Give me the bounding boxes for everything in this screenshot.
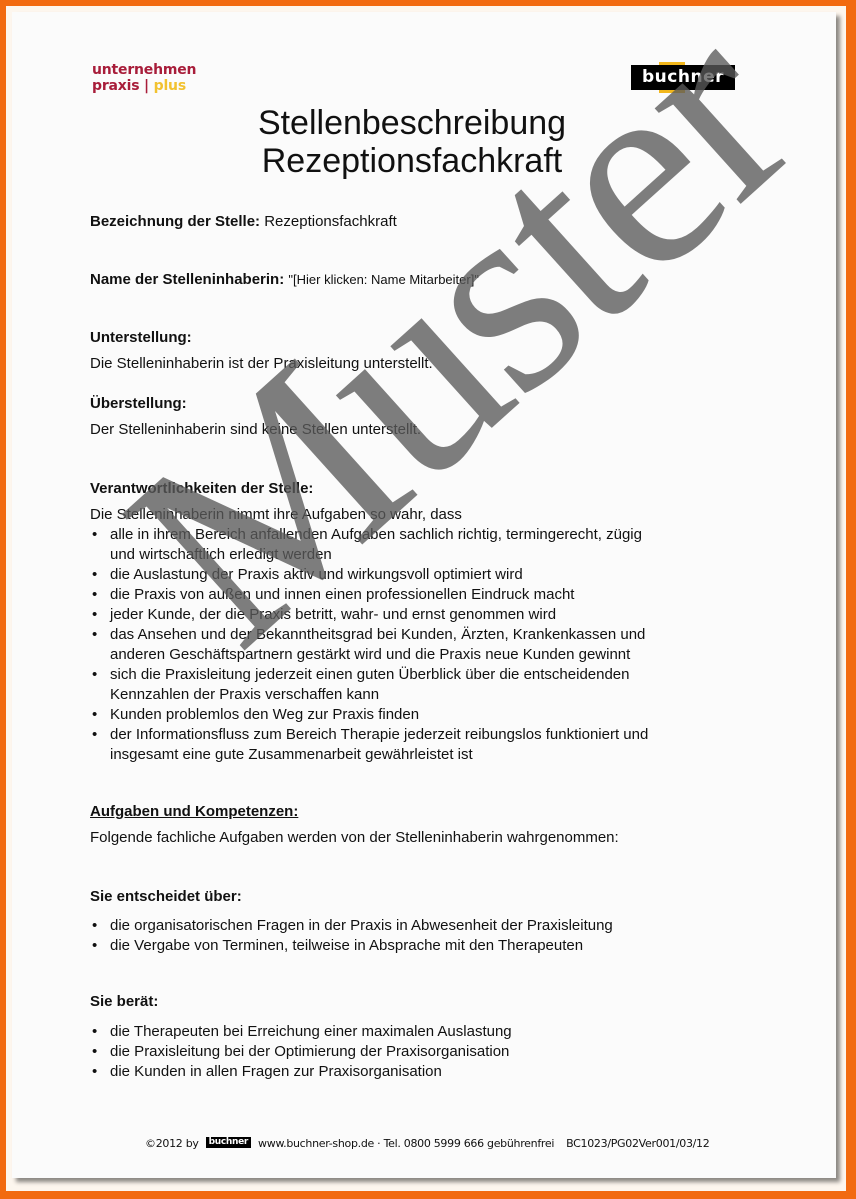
name-label: Name der Stelleninhaberin: [90,271,284,288]
title-line2: Rezeptionsfachkraft [12,142,812,180]
logo-line1: unternehmen [92,62,196,78]
bullet-icon: • [92,936,97,956]
ueberstellung-text: Der Stelleninhaberin sind keine Stellen … [90,420,421,440]
list-item-text: das Ansehen und der Bekanntheitsgrad bei… [110,625,645,645]
bullet-icon: • [92,1022,97,1042]
list-item-text: jeder Kunde, der die Praxis betritt, wah… [110,605,556,625]
list-item-text: Kennzahlen der Praxis verschaffen kann [110,685,379,705]
bullet-icon: • [92,916,97,936]
logo-plus: plus [154,78,186,94]
bullet-icon: • [92,525,97,545]
logo-praxis: praxis [92,78,139,94]
name-field[interactable]: "[Hier klicken: Name Mitarbeiter]" [288,272,479,287]
aufgaben-heading: Aufgaben und Kompetenzen: [90,802,298,822]
logo-accent-bottom [659,90,685,93]
ueberstellung-heading: Überstellung: [90,394,187,414]
verantwortlichkeiten-heading: Verantwortlichkeiten der Stelle: [90,479,313,499]
unterstellung-heading: Unterstellung: [90,328,192,348]
logo-separator: | [144,78,149,94]
list-item-text: die Therapeuten bei Erreichung einer max… [110,1022,512,1042]
bullet-icon: • [92,725,97,745]
document-page: unternehmen praxis | plus buchner Stelle… [12,12,836,1178]
bullet-icon: • [92,665,97,685]
bullet-icon: • [92,565,97,585]
list-item-text: die organisatorischen Fragen in der Prax… [110,916,613,936]
bezeichnung-label: Bezeichnung der Stelle: [90,213,260,230]
footer-buchner-logo: buchner [206,1137,251,1148]
footer-copyright: ©2012 by [145,1137,199,1150]
bullet-icon: • [92,585,97,605]
list-item-text: die Vergabe von Terminen, teilweise in A… [110,936,583,956]
bullet-icon: • [92,1042,97,1062]
list-item-text: sich die Praxisleitung jederzeit einen g… [110,665,630,685]
list-item-text: insgesamt eine gute Zusammenarbeit gewäh… [110,745,473,765]
list-item-text: alle in ihrem Bereich anfallenden Aufgab… [110,525,642,545]
list-item-text: die Kunden in allen Fragen zur Praxisorg… [110,1062,442,1082]
field-name: Name der Stelleninhaberin: "[Hier klicke… [90,270,479,290]
beraet-heading: Sie berät: [90,992,158,1012]
entscheidet-heading: Sie entscheidet über: [90,887,242,907]
bezeichnung-value: Rezeptionsfachkraft [264,213,397,230]
footer-document-code: BC1023/PG02Ver001/03/12 [566,1137,709,1150]
buchner-logo: buchner [631,62,735,95]
list-item-text: die Praxis von außen und innen einen pro… [110,585,574,605]
buchner-logo-text: buchner [631,65,735,90]
list-item-text: der Informationsfluss zum Bereich Therap… [110,725,648,745]
footer: ©2012 bybuchnerwww.buchner-shop.de · Tel… [145,1137,709,1151]
unternehmen-praxis-plus-logo: unternehmen praxis | plus [92,62,196,94]
field-bezeichnung: Bezeichnung der Stelle: Rezeptionsfachkr… [90,212,397,232]
bullet-icon: • [92,705,97,725]
bullet-icon: • [92,605,97,625]
list-item-text: und wirtschaftlich erledigt werden [110,545,332,565]
list-item-text: die Praxisleitung bei der Optimierung de… [110,1042,509,1062]
footer-contact: www.buchner-shop.de · Tel. 0800 5999 666… [258,1137,554,1150]
verantwortlichkeiten-intro: Die Stelleninhaberin nimmt ihre Aufgaben… [90,505,462,525]
aufgaben-intro: Folgende fachliche Aufgaben werden von d… [90,828,619,848]
bullet-icon: • [92,1062,97,1082]
bullet-icon: • [92,625,97,645]
title-line1: Stellenbeschreibung [12,104,812,142]
unterstellung-text: Die Stelleninhaberin ist der Praxisleitu… [90,354,433,374]
list-item-text: Kunden problemlos den Weg zur Praxis fin… [110,705,419,725]
list-item-text: die Auslastung der Praxis aktiv und wirk… [110,565,523,585]
page-title: Stellenbeschreibung Rezeptionsfachkraft [12,104,812,180]
list-item-text: anderen Geschäftspartnern gestärkt wird … [110,645,630,665]
